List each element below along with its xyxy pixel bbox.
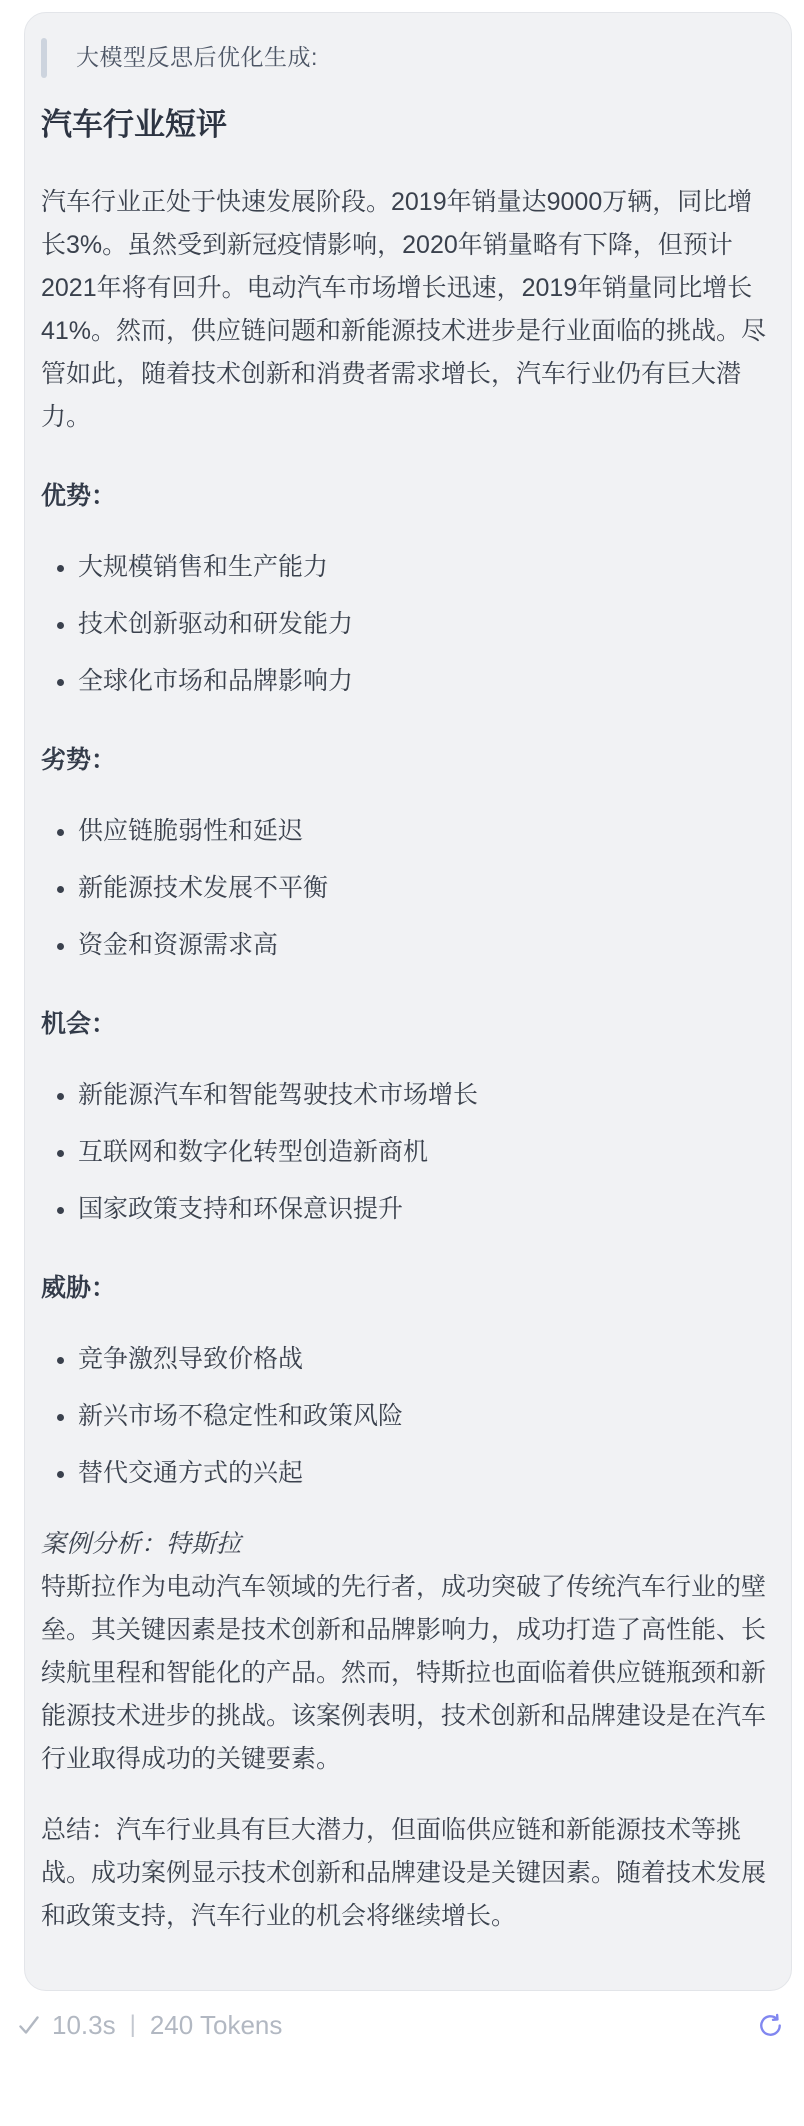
list-item: 新能源技术发展不平衡 — [78, 867, 775, 910]
summary-paragraph: 总结：汽车行业具有巨大潜力，但面临供应链和新能源技术等挑战。成功案例显示技术创新… — [41, 1809, 775, 1938]
refresh-button[interactable] — [755, 2010, 785, 2040]
list-item: 全球化市场和品牌影响力 — [78, 660, 775, 703]
section-heading-opportunities: 机会： — [41, 1003, 775, 1046]
weaknesses-list: 供应链脆弱性和延迟 新能源技术发展不平衡 资金和资源需求高 — [41, 810, 775, 967]
list-item: 替代交通方式的兴起 — [78, 1452, 775, 1495]
list-item: 竞争激烈导致价格战 — [78, 1338, 775, 1381]
refresh-icon — [757, 2012, 784, 2039]
case-study-paragraph: 案例分析：特斯拉特斯拉作为电动汽车领域的先行者，成功突破了传统汽车行业的壁垒。其… — [41, 1523, 775, 1781]
list-item: 国家政策支持和环保意识提升 — [78, 1188, 775, 1231]
strengths-list: 大规模销售和生产能力 技术创新驱动和研发能力 全球化市场和品牌影响力 — [41, 546, 775, 703]
case-study-label: 案例分析：特斯拉 — [41, 1530, 241, 1558]
stats-separator: | — [130, 2007, 136, 2043]
list-item: 大规模销售和生产能力 — [78, 546, 775, 589]
generation-note: 大模型反思后优化生成: — [41, 36, 775, 79]
duration-text: 10.3s — [52, 2007, 116, 2043]
token-count-text: 240 Tokens — [150, 2007, 283, 2043]
case-study-text: 特斯拉作为电动汽车领域的先行者，成功突破了传统汽车行业的壁垒。其关键因素是技术创… — [41, 1573, 766, 1773]
generation-note-label: 大模型反思后优化生成: — [76, 36, 318, 79]
article-title: 汽车行业短评 — [41, 105, 775, 145]
section-heading-threats: 威胁： — [41, 1267, 775, 1310]
quote-bar — [41, 38, 47, 78]
section-heading-weaknesses: 劣势： — [41, 739, 775, 782]
list-item: 互联网和数字化转型创造新商机 — [78, 1131, 775, 1174]
threats-list: 竞争激烈导致价格战 新兴市场不稳定性和政策风险 替代交通方式的兴起 — [41, 1338, 775, 1495]
list-item: 新兴市场不稳定性和政策风险 — [78, 1395, 775, 1438]
intro-paragraph: 汽车行业正处于快速发展阶段。2019年销量达9000万辆，同比增长3%。虽然受到… — [41, 181, 775, 439]
list-item: 新能源汽车和智能驾驶技术市场增长 — [78, 1074, 775, 1117]
list-item: 技术创新驱动和研发能力 — [78, 603, 775, 646]
check-icon — [17, 2013, 41, 2037]
opportunities-list: 新能源汽车和智能驾驶技术市场增长 互联网和数字化转型创造新商机 国家政策支持和环… — [41, 1074, 775, 1231]
generation-stats-bar: 10.3s | 240 Tokens — [0, 2007, 804, 2043]
generated-answer-card: 大模型反思后优化生成: 汽车行业短评 汽车行业正处于快速发展阶段。2019年销量… — [24, 12, 792, 1991]
list-item: 供应链脆弱性和延迟 — [78, 810, 775, 853]
section-heading-strengths: 优势： — [41, 475, 775, 518]
list-item: 资金和资源需求高 — [78, 924, 775, 967]
